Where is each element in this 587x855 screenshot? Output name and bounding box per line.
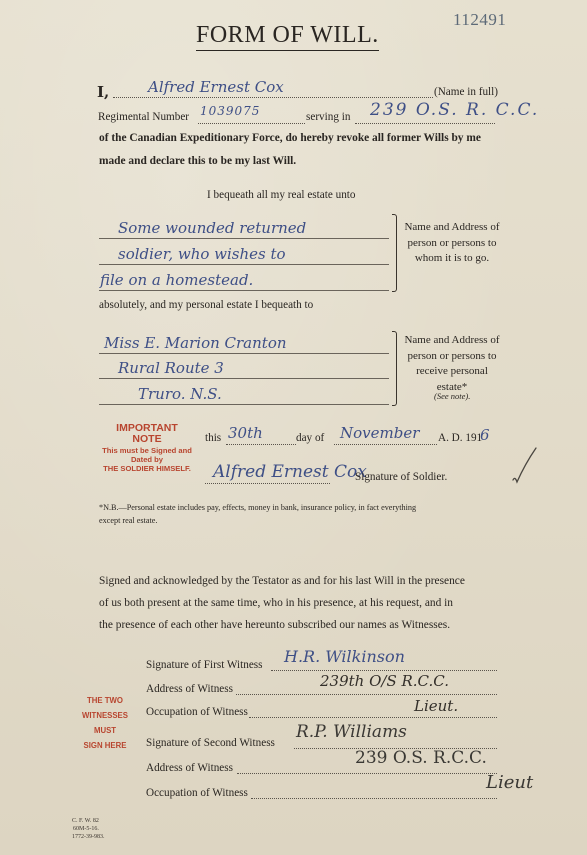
attestation-line-1: Signed and acknowledged by the Testator … <box>99 575 465 587</box>
checkmark-icon <box>509 446 539 484</box>
serving-in-label: serving in <box>306 111 350 123</box>
day-of-label: day of <box>296 432 324 444</box>
real-estate-beneficiary-line-3[interactable]: file on a homestead. <box>100 271 253 289</box>
unit-line <box>355 123 495 124</box>
important-note-instruction: This must be Signed and Dated by <box>102 446 192 464</box>
first-witness-occupation-line <box>249 717 497 718</box>
form-code-line-3: 1772-39-983. <box>72 834 105 842</box>
personal-estate-side-note: Name and Address of person or persons to… <box>400 333 504 395</box>
attestation-line-2: of us both present at the same time, who… <box>99 597 453 609</box>
regimental-number[interactable]: 1039075 <box>200 104 260 118</box>
year-digit[interactable]: 6 <box>480 426 490 444</box>
witness-note-line-1: THE TWO <box>70 696 140 705</box>
real-estate-bracket <box>392 214 397 292</box>
personal-estate-bracket <box>392 331 397 406</box>
personal-estate-beneficiary-line-2[interactable]: Rural Route 3 <box>118 359 224 377</box>
form-code-line-1: C. F. W. 82 <box>72 818 99 826</box>
declaration-line-1: of the Canadian Expeditionary Force, do … <box>99 132 481 144</box>
soldier-signature-label: Signature of Soldier. <box>355 471 447 483</box>
real-estate-line-1-rule <box>99 238 389 239</box>
month-line <box>334 444 437 445</box>
first-witness-signature-line <box>271 670 497 671</box>
real-estate-intro: I bequeath all my real estate unto <box>207 189 356 201</box>
second-witness-address-line <box>237 773 497 774</box>
ad-label: A. D. 191 <box>438 432 482 444</box>
personal-estate-beneficiary-line-1[interactable]: Miss E. Marion Cranton <box>104 334 287 352</box>
day-line <box>226 444 296 445</box>
second-witness-occupation[interactable]: Lieut <box>486 772 533 793</box>
regimental-label: Regimental Number <box>98 111 189 123</box>
regimental-number-line <box>198 123 305 124</box>
soldier-signature[interactable]: Alfred Ernest Cox <box>213 462 367 482</box>
personal-estate-line-2-rule <box>99 378 389 379</box>
first-witness-address-line <box>236 694 497 695</box>
month-value[interactable]: November <box>340 424 419 442</box>
will-form-page: 112491 FORM OF WILL. I, Alfred Ernest Co… <box>0 0 587 855</box>
first-witness-occupation[interactable]: Lieut. <box>414 697 458 715</box>
witness-note-line-2: WITNESSES <box>70 711 140 720</box>
real-estate-line-3-rule <box>99 290 389 291</box>
this-label: this <box>205 432 221 444</box>
witness-note-line-4: SIGN HERE <box>70 741 140 750</box>
personal-estate-intro: absolutely, and my personal estate I beq… <box>99 299 313 311</box>
name-line <box>113 97 433 98</box>
prefix-i: I, <box>97 83 109 101</box>
important-note-soldier: THE SOLDIER HIMSELF. <box>102 464 192 473</box>
day-value[interactable]: 30th <box>228 424 263 442</box>
testator-name[interactable]: Alfred Ernest Cox <box>148 78 284 96</box>
first-witness-address[interactable]: 239th O/S R.C.C. <box>320 672 449 690</box>
soldier-signature-line <box>205 483 330 484</box>
personal-estate-line-1-rule <box>99 353 389 354</box>
second-witness-address-label: Address of Witness <box>146 762 233 774</box>
second-witness-signature[interactable]: R.P. Williams <box>296 722 407 742</box>
second-witness-address[interactable]: 239 O.S. R.C.C. <box>355 748 487 768</box>
second-witness-occupation-label: Occupation of Witness <box>146 787 248 799</box>
important-note-subheading: NOTE <box>102 434 192 445</box>
personal-estate-beneficiary-line-3[interactable]: Truro. N.S. <box>138 385 222 403</box>
first-witness-signature[interactable]: H.R. Wilkinson <box>284 647 405 666</box>
first-witness-address-label: Address of Witness <box>146 683 233 695</box>
page-title: FORM OF WILL. <box>196 22 379 51</box>
first-witness-signature-label: Signature of First Witness <box>146 659 263 671</box>
witness-note-line-3: MUST <box>70 726 140 735</box>
second-witness-occupation-line <box>251 798 497 799</box>
second-witness-signature-label: Signature of Second Witness <box>146 737 275 749</box>
attestation-line-3: the presence of each other have hereunto… <box>99 619 450 631</box>
serial-number: 112491 <box>453 10 506 30</box>
name-in-full-label: (Name in full) <box>434 86 498 98</box>
first-witness-occupation-label: Occupation of Witness <box>146 706 248 718</box>
real-estate-beneficiary-line-1[interactable]: Some wounded returned <box>118 219 306 237</box>
real-estate-beneficiary-line-2[interactable]: soldier, who wishes to <box>118 245 286 263</box>
form-code-line-2: 60M-5-16. <box>73 826 99 834</box>
declaration-line-2: made and declare this to be my last Will… <box>99 155 296 167</box>
unit-served[interactable]: 239 O.S. R. C.C. <box>370 100 539 120</box>
personal-estate-line-3-rule <box>99 404 389 405</box>
real-estate-side-note: Name and Address of person or persons to… <box>402 220 502 267</box>
real-estate-line-2-rule <box>99 264 389 265</box>
footnote-line-2: except real estate. <box>99 513 157 529</box>
see-note: (See note). <box>434 391 470 401</box>
